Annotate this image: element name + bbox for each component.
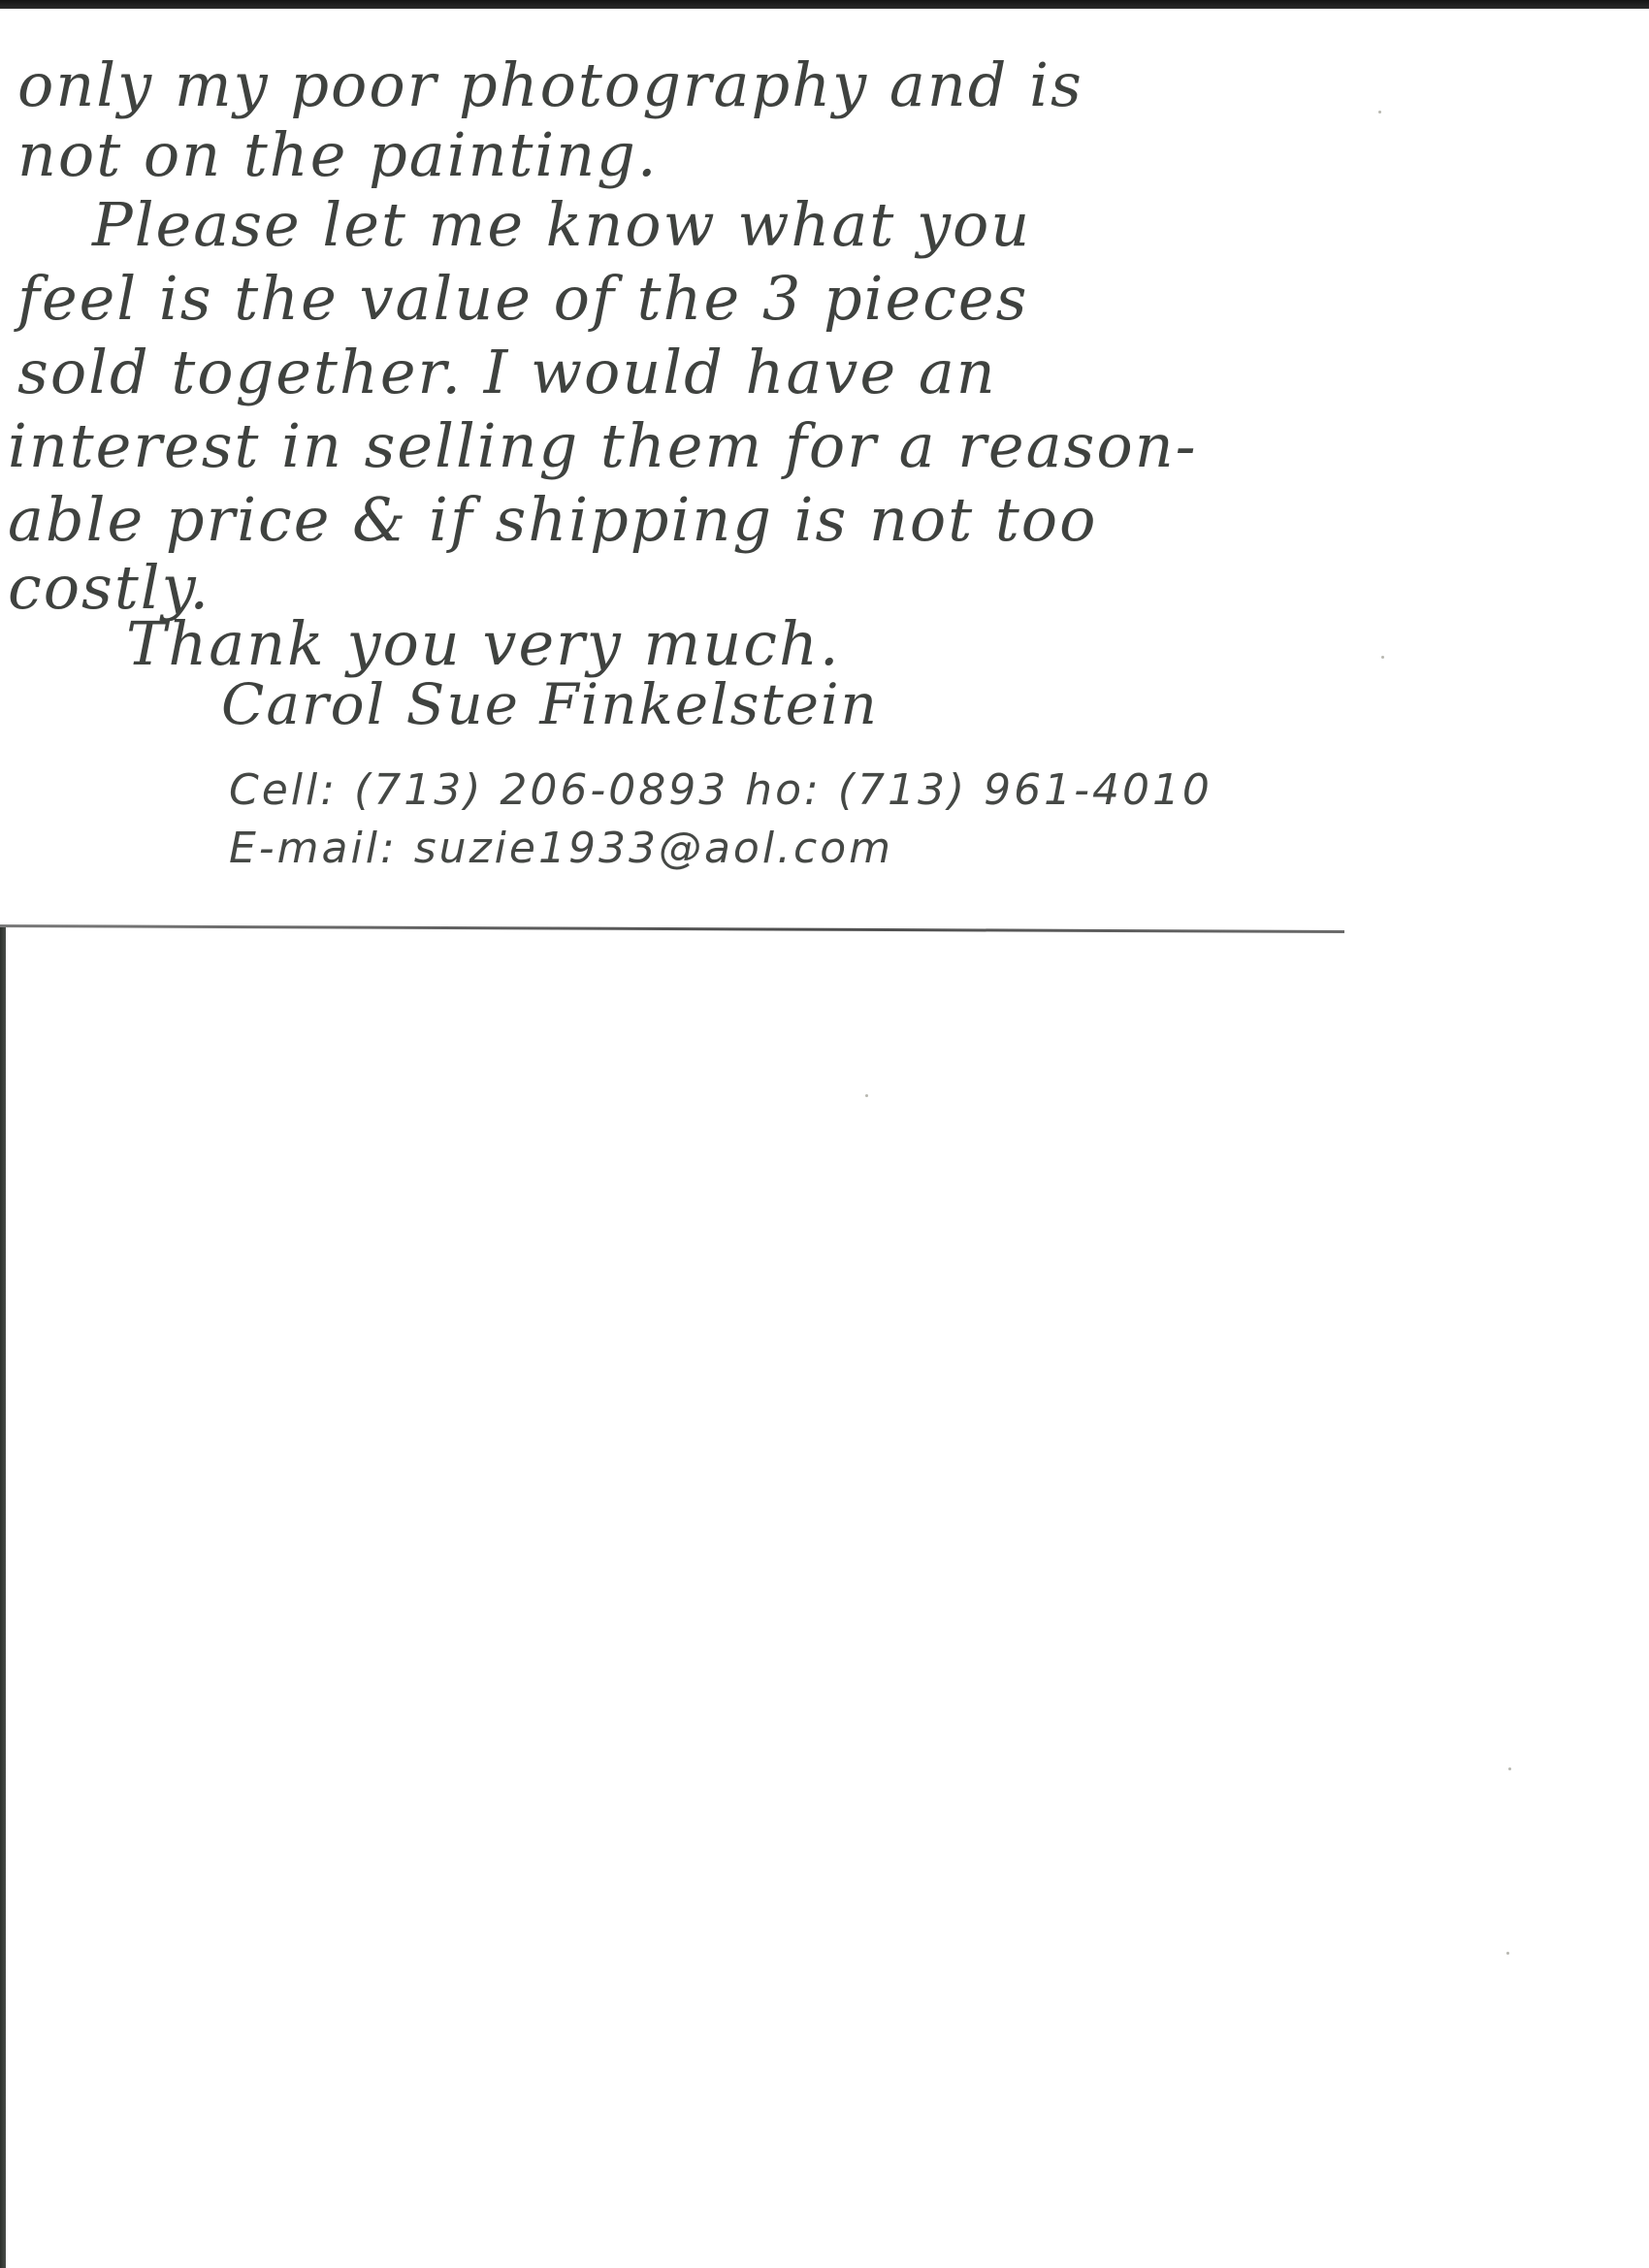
phone-numbers: Cell: (713) 206-0893 ho: (713) 961-4010: [229, 769, 1212, 812]
closing-line: Thank you very much.: [126, 614, 841, 674]
scan-speck: [1508, 1767, 1511, 1770]
body-line-7: able price & if shipping is not too: [8, 490, 1097, 550]
scanner-left-border: [0, 927, 6, 2268]
scanner-top-border: [0, 0, 1649, 9]
scan-speck: [1378, 111, 1381, 113]
body-line-3: Please let me know what you: [92, 195, 1031, 255]
body-line-5: sold together. I would have an: [17, 342, 997, 403]
scan-speck: [1381, 656, 1384, 659]
email-address: E-mail: suzie1933@aol.com: [229, 827, 893, 870]
body-line-4: feel is the value of the 3 pieces: [17, 269, 1028, 329]
scan-speck: [865, 1094, 868, 1097]
body-line-6: interest in selling them for a reason-: [8, 416, 1198, 476]
signature: Carol Sue Finkelstein: [221, 676, 879, 732]
note-card: only my poor photography and is not on t…: [0, 9, 1344, 926]
scan-speck: [1506, 1952, 1509, 1955]
body-line-1: only my poor photography and is: [17, 55, 1083, 115]
body-line-2: not on the painting.: [17, 125, 659, 185]
